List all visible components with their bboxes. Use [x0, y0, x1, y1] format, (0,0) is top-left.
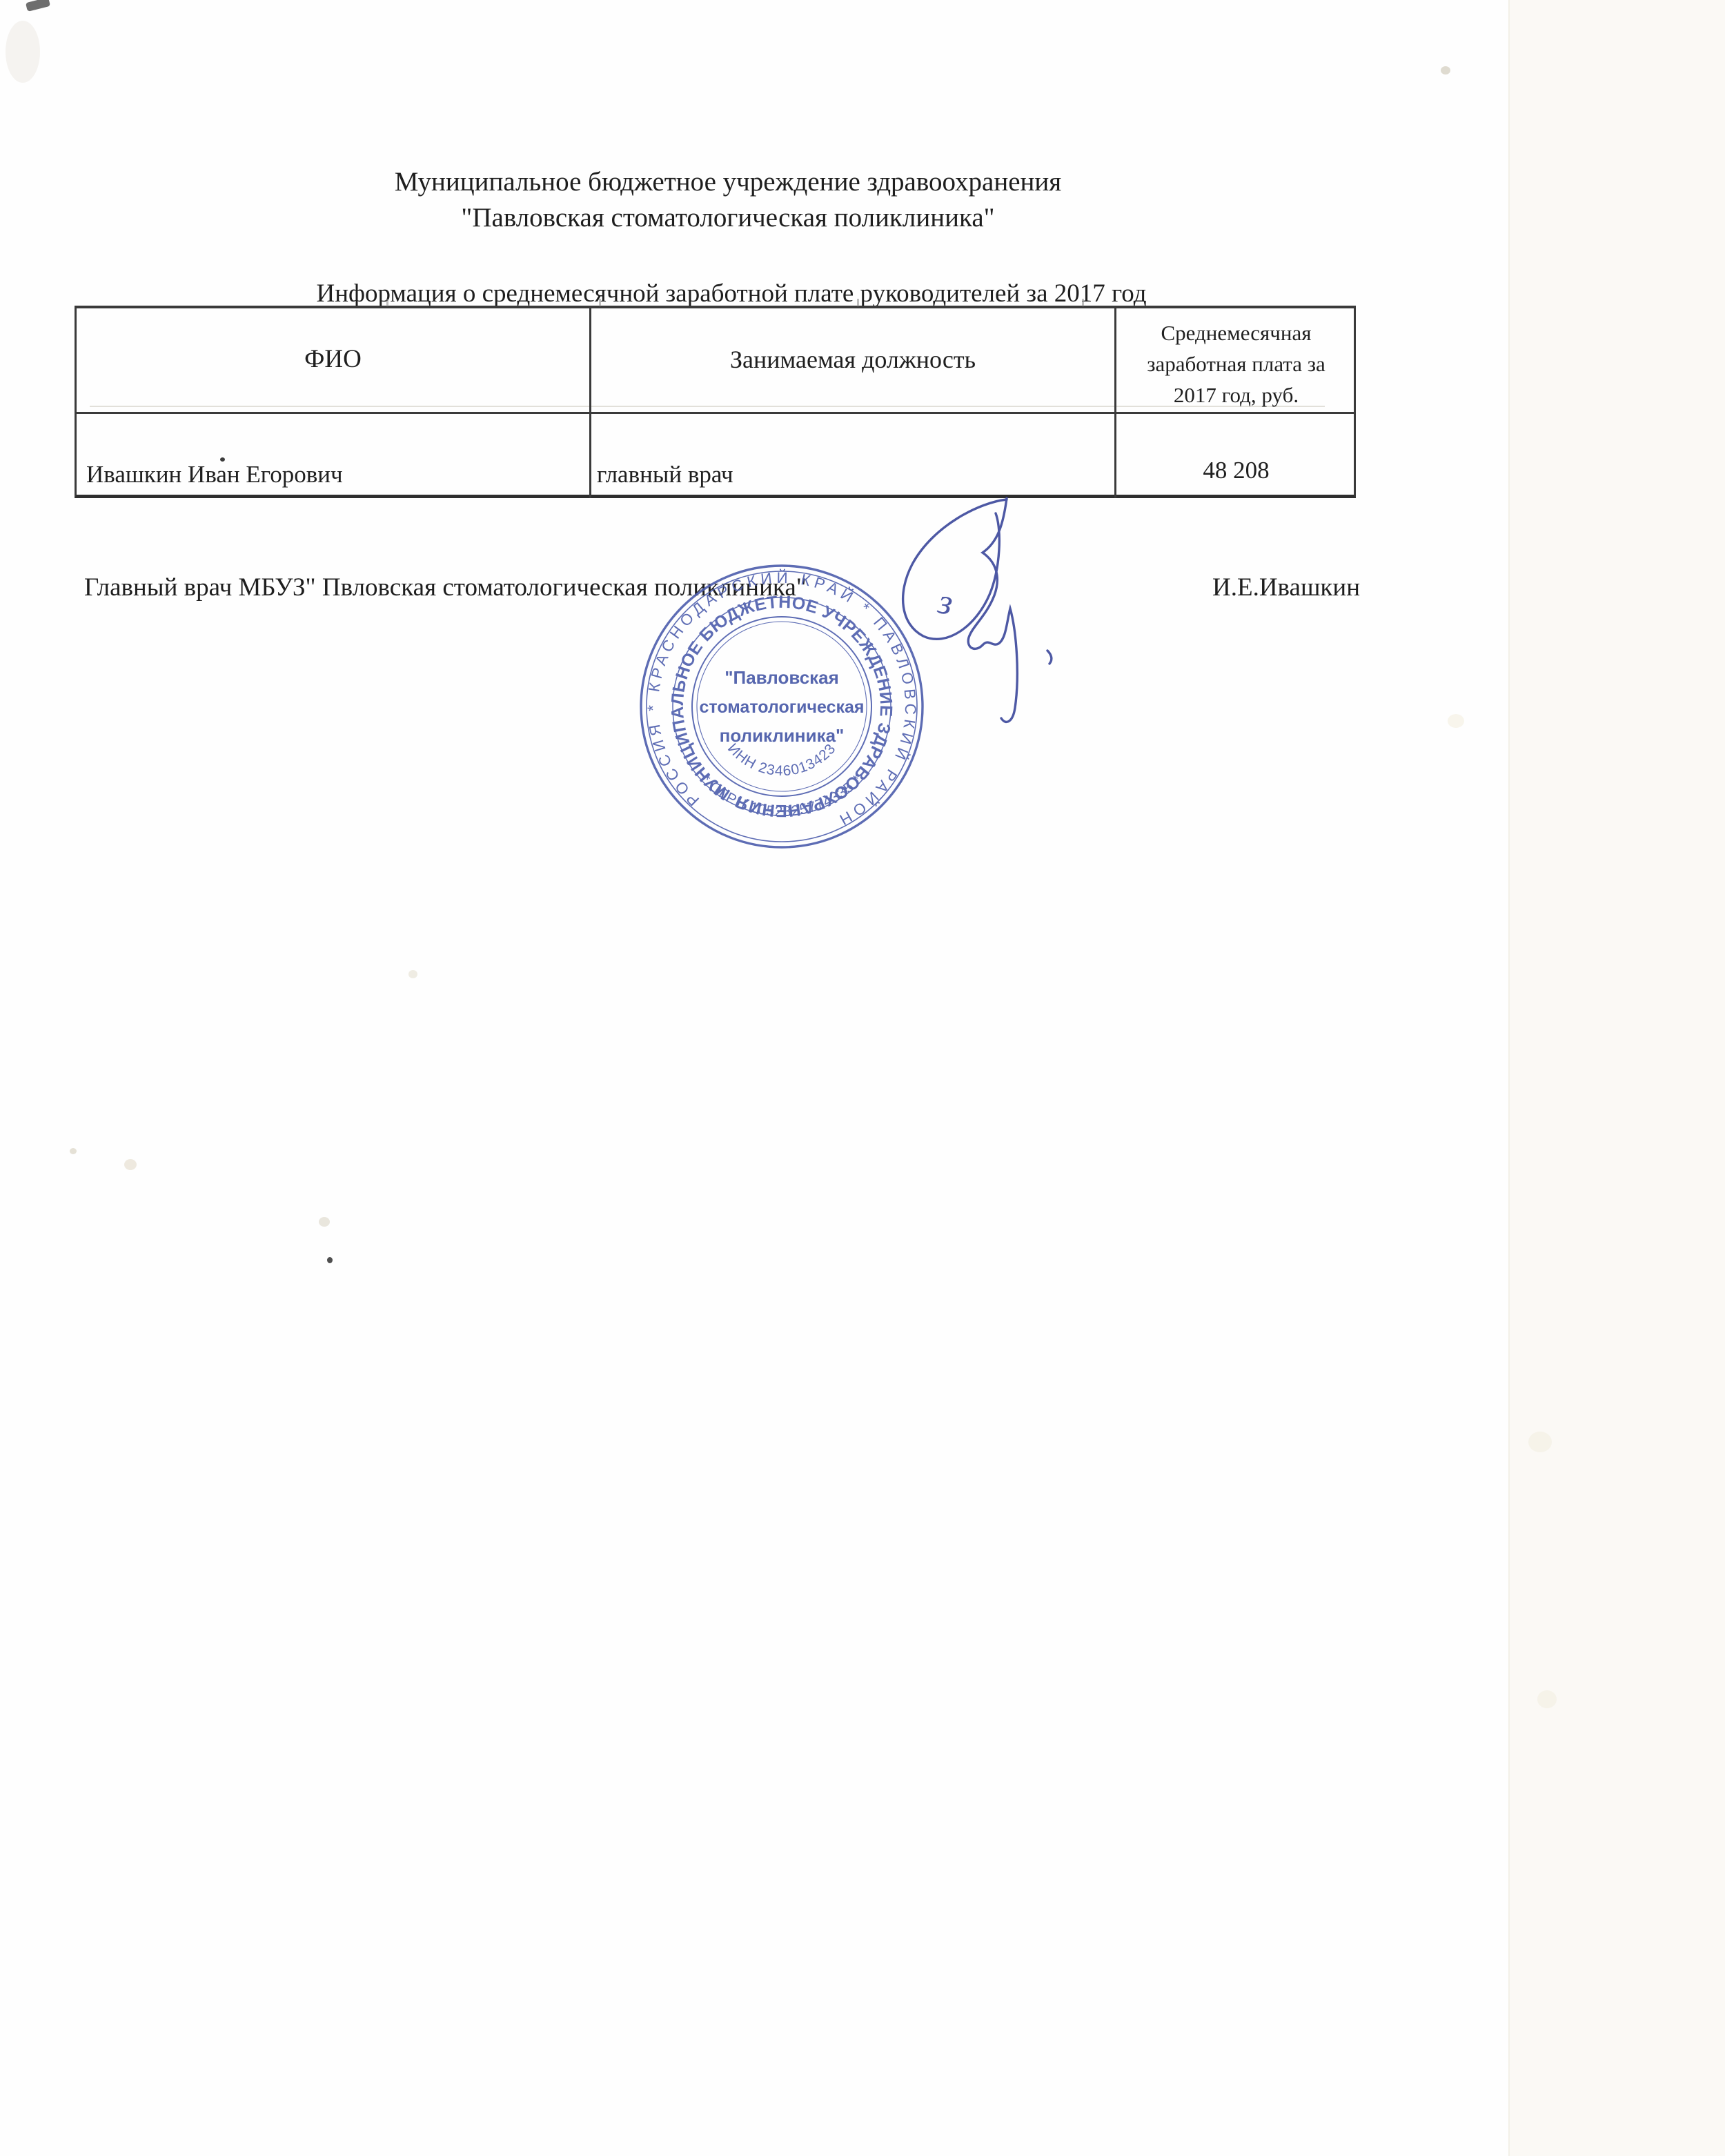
scan-artifact-smudge	[6, 21, 40, 83]
column-header-salary-line2: заработная плата за	[1147, 348, 1325, 379]
org-name-line2: "Павловская стоматологическая поликлиник…	[0, 200, 1456, 236]
svg-text:"Павловская: "Павловская	[724, 667, 839, 688]
table-row-salary: 48 208	[1116, 412, 1356, 493]
org-name-line1: Муниципальное бюджетное учреждение здрав…	[0, 164, 1456, 200]
stamp-inn-text: ИНН 2346013423	[724, 740, 839, 779]
scan-artifact-tick	[386, 299, 388, 306]
scan-artifact-speck	[319, 1217, 330, 1227]
scan-artifact-corner	[26, 0, 50, 12]
svg-text:поликлиника": поликлиника"	[720, 725, 845, 746]
handwritten-signature: з	[883, 475, 1090, 751]
scan-artifact-speck	[408, 970, 417, 978]
signature-right-name: И.Е.Ивашкин	[1212, 573, 1360, 602]
scan-artifact-tick	[599, 299, 601, 306]
scan-artifact-blob	[1528, 1432, 1552, 1452]
scan-artifact-right-band	[1508, 0, 1725, 2156]
scan-artifact-blob	[1537, 1690, 1557, 1708]
report-title: Информация о среднемесячной заработной п…	[0, 279, 1463, 308]
scanned-document-page: Муниципальное бюджетное учреждение здрав…	[0, 0, 1725, 2156]
scan-artifact-dot	[327, 1257, 333, 1263]
scan-artifact-speck	[1441, 66, 1450, 75]
scan-artifact-tick	[857, 299, 859, 306]
scan-artifact-speck	[124, 1159, 137, 1170]
org-title-block: Муниципальное бюджетное учреждение здрав…	[0, 164, 1456, 236]
column-header-salary: Среднемесячная заработная плата за 2017 …	[1116, 308, 1356, 410]
column-header-position: Занимаемая должность	[591, 308, 1114, 410]
column-header-salary-line1: Среднемесячная	[1161, 317, 1311, 348]
scan-artifact-speck	[70, 1148, 77, 1154]
table-row-fio: Ивашкин Иван Егорович	[77, 412, 589, 493]
svg-text:стоматологическая: стоматологическая	[700, 698, 865, 717]
column-header-salary-line3: 2017 год, руб.	[1174, 379, 1299, 411]
stamp-center-text: "Павловская стоматологическая поликлиник…	[700, 667, 865, 746]
column-header-fio: ФИО	[77, 308, 589, 410]
scan-artifact-blob	[1448, 714, 1464, 728]
scan-artifact-dot	[220, 457, 225, 462]
signature-strokes	[903, 498, 1052, 722]
scan-artifact-tick	[1082, 299, 1084, 306]
signature-letter: з	[935, 582, 955, 622]
